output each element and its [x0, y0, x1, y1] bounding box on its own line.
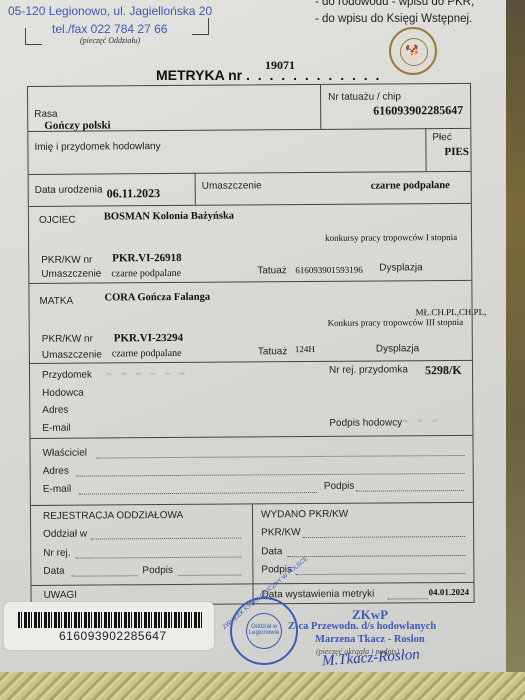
- birth-label: Data urodzenia: [35, 184, 103, 195]
- issued-pkr-label: PKR/KW: [261, 527, 301, 538]
- birth-value: 06.11.2023: [107, 186, 160, 201]
- breeder-signature-redacted: ~ ~ ~: [402, 416, 440, 427]
- reg-branch-label: Oddział w: [43, 529, 87, 540]
- color-value: czarne podpalane: [371, 180, 450, 192]
- barcode-icon: [18, 612, 203, 628]
- mother-label: MATKA: [39, 296, 73, 307]
- issued-date-label: Data: [261, 546, 282, 557]
- registration-title: REJESTRACJA ODDZIAŁOWA: [43, 510, 183, 522]
- kennel-value-redacted: ~ ~ ~ ~ ~ ~: [106, 369, 188, 381]
- father-tattoo-value: 616093901593196: [295, 265, 363, 275]
- branch-address: 05-120 Legionowo, ul. Jagiellońska 20: [8, 4, 212, 18]
- zkwp-emblem-icon: 🐕: [389, 27, 437, 75]
- mother-name: CORA Gończa Falanga: [104, 292, 210, 304]
- color-label: Umaszczenie: [202, 180, 262, 191]
- background-surface: [506, 0, 525, 700]
- round-stamp-center: Oddział w Legionowie: [246, 613, 282, 649]
- breeder-label: Hodowca: [42, 388, 84, 399]
- remarks-label: UWAGI: [44, 590, 78, 601]
- title-text: METRYKA nr: [156, 67, 242, 83]
- breeder-email-label: E-mail: [42, 423, 70, 434]
- sex-label: Płeć: [432, 132, 452, 143]
- reg-date-label: Data: [43, 566, 64, 577]
- issue-date-value: 04.01.2024: [429, 587, 470, 597]
- kennel-reg-label: Nr rej. przydomka: [329, 364, 408, 376]
- father-color-value: czarne podpalane: [111, 268, 181, 279]
- father-dysplasia-label: Dysplazja: [379, 262, 422, 273]
- mother-color-value: czarne podpalane: [112, 348, 182, 359]
- mother-pkr-value: PKR.VI-23294: [114, 332, 183, 344]
- issued-title: WYDANO PKR/KW: [261, 509, 348, 521]
- sex-value: PIES: [444, 146, 469, 158]
- father-name: BOSMAN Kolonia Bażyńska: [104, 211, 234, 223]
- reg-number-label: Nr rej.: [43, 548, 70, 559]
- official-stamp-name: Marzena Tkacz - Roslon: [315, 634, 425, 645]
- breed-label: Rasa: [34, 109, 57, 120]
- reg-sign-label: Podpis: [142, 565, 173, 576]
- issue-date-label: Data wystawienia metryki: [262, 589, 375, 601]
- breeder-signature-label: Podpis hodowcy: [329, 417, 402, 429]
- branch-phone: tel./fax 022 784 27 66: [52, 22, 167, 36]
- owner-label: Właściciel: [43, 448, 88, 459]
- chip-barcode-sticker: 616093902285647: [4, 602, 214, 650]
- official-stamp-role: Z-ca Przewodn. d/s hodowlanych: [288, 621, 436, 632]
- title-dots: . . . . . . . . . . . .: [246, 67, 381, 83]
- mother-tattoo-value: 124H: [295, 344, 315, 354]
- father-label: OJCIEC: [39, 215, 76, 226]
- purpose-line: - do rodowodu - wpisu do PKR,: [315, 0, 474, 11]
- mother-color-label: Umaszczenie: [42, 349, 102, 360]
- owner-email-label: E-mail: [43, 484, 71, 495]
- mother-titles-2: Konkurs pracy tropowców III stopnia: [328, 317, 464, 328]
- branch-stamp-hint: (pieczęć Oddziału): [80, 36, 140, 45]
- father-pkr-label: PKR/KW nr: [41, 255, 92, 266]
- barcode-number: 616093902285647: [59, 629, 167, 643]
- owner-signature-label: Podpis: [324, 481, 355, 492]
- name-label: Imię i przydomek hodowlany: [34, 141, 160, 153]
- father-tattoo-label: Tatuaż: [257, 265, 287, 276]
- kennel-label: Przydomek: [42, 370, 92, 381]
- stamp-corner-mark: [192, 18, 209, 35]
- breeder-address-label: Adres: [42, 405, 68, 416]
- woven-mat-background: [0, 672, 525, 700]
- owner-address-label: Adres: [43, 466, 69, 477]
- mother-pkr-label: PKR/KW nr: [42, 334, 93, 345]
- father-titles: konkursy pracy tropowców I stopnia: [325, 232, 457, 243]
- chip-label: Nr tatuażu / chip: [328, 91, 401, 103]
- chip-value: 616093902285647: [373, 103, 463, 119]
- pedigree-form: Rasa Gończy polski Nr tatuażu / chip 616…: [27, 83, 475, 606]
- mother-tattoo-label: Tatuaż: [258, 346, 288, 357]
- document-title: METRYKA nr . . . . . . . . . . . .: [156, 67, 381, 83]
- purpose-notes: - do rodowodu - wpisu do PKR, - do wpisu…: [315, 0, 474, 28]
- document-sheet: 05-120 Legionowo, ul. Jagiellońska 20 te…: [0, 0, 506, 672]
- father-color-label: Umaszczenie: [41, 268, 101, 279]
- stamp-corner-mark: [25, 28, 42, 45]
- kennel-reg-value: 5298/K: [425, 363, 462, 378]
- mother-titles-1: MŁ.CH.PL,CH.PL,: [416, 307, 487, 317]
- father-pkr-value: PKR.VI-26918: [112, 252, 181, 264]
- purpose-line: - do wpisu do Księgi Wstępnej.: [315, 11, 474, 28]
- mother-dysplasia-label: Dysplazja: [376, 343, 419, 354]
